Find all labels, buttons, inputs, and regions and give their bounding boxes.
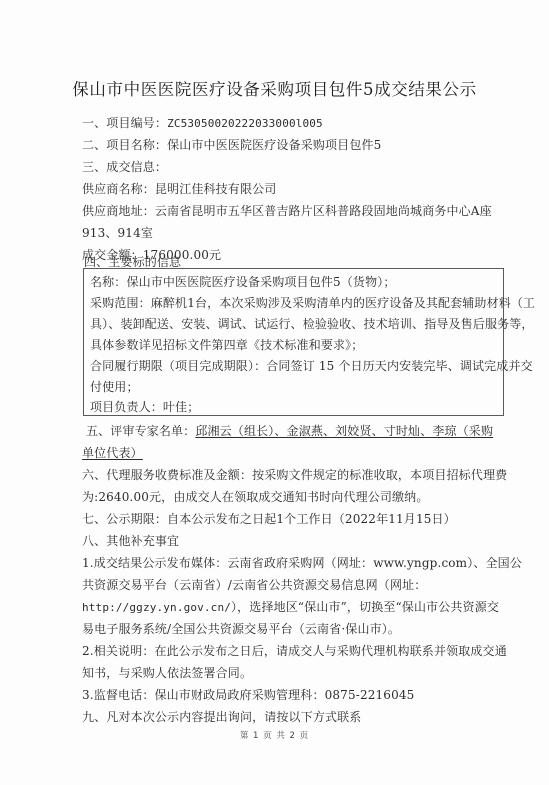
- project-number-row: 一、项目编号：ZC53050020222033000l005: [82, 116, 323, 131]
- media-line2: 共资源交易平台（云南省）/云南省公共资源交易信息网（网址：: [82, 578, 426, 592]
- main-subject-heading: 四、主要标的信息: [84, 255, 181, 269]
- supplier-address-label: 供应商地址：: [82, 204, 155, 218]
- supplier-name-label: 供应商名称：: [82, 182, 155, 196]
- media-line4: 易电子服务系统/全国公共资源交易平台（云南省·保山市）。: [82, 622, 400, 636]
- project-name-value: 保山市中医医院医疗设备采购项目包件5: [167, 138, 381, 152]
- subject-manager-line: 项目负责人：叶佳；: [90, 400, 199, 414]
- media-line1: 1.成交结果公示发布媒体：云南省政府采购网（网址：www.yngp.com）、全…: [82, 556, 522, 570]
- project-name-label: 二、项目名称：: [82, 138, 167, 152]
- subject-term-line1: 合同履行期限（项目完成期限）：合同签订 15 个日历天内安装完毕、调试完成并交: [90, 359, 533, 373]
- project-number-label: 一、项目编号：: [82, 116, 167, 130]
- note-line1: 2.相关说明：在此公示发布之日后，请成交人与采购代理机构联系并领取成交通: [82, 644, 507, 658]
- experts-list: 邱湘云（组长）、金淑燕、刘姣贤、寸时灿、李琼（采购: [195, 424, 493, 438]
- experts-label: 五、评审专家名单：: [86, 424, 195, 438]
- supplier-name-value: 昆明江佳科技有限公司: [155, 182, 277, 196]
- publicity-period: 七、公示期限：自本公示发布之日起1个工作日（2022年11月15日）: [82, 512, 456, 526]
- document-page: 保山市中医医院医疗设备采购项目包件5成交结果公示 一、项目编号：ZC530500…: [0, 0, 549, 785]
- note-line2: 知书，与采购人依法签署合同。: [82, 666, 252, 680]
- media-line3: http://ggzy.yn.gov.cn/），选择地区“保山市”，切换至“保山…: [82, 600, 499, 615]
- subject-name-line: 名称：保山市中医医院医疗设备采购项目包件5（货物）；: [90, 275, 396, 289]
- subject-scope-line1: 采购范围：麻醉机1台，本次采购涉及采购清单内的医疗设备及其配套辅助材料（工: [90, 296, 535, 310]
- document-title: 保山市中医医院医疗设备采购项目包件5成交结果公示: [0, 76, 549, 100]
- main-subject-box: 名称：保山市中医医院医疗设备采购项目包件5（货物）； 采购范围：麻醉机1台，本次…: [83, 268, 504, 416]
- page-indicator: 第 1 页 共 2 页: [0, 729, 549, 741]
- media-line3-rest: ），选择地区“保山市”，切换至“保山市公共资源交: [231, 600, 499, 614]
- project-number-value: ZC53050020222033000l005: [167, 117, 323, 130]
- supplier-address-row: 供应商地址：云南省昆明市五华区普吉路片区科普路段固地尚城商务中心A座: [82, 204, 492, 218]
- deal-info-heading: 三、成交信息：: [82, 160, 167, 174]
- supplier-address-line2: 913、914室: [82, 226, 153, 240]
- other-matters-heading: 八、其他补充事宜: [82, 534, 179, 548]
- supervision-phone: 3.监督电话：保山市财政局政府采购管理科：0875-2216045: [82, 688, 414, 702]
- subject-term-line2: 付使用；: [90, 380, 139, 394]
- agency-fee-line2: 为:2640.00元，由成交人在领取成交通知书时向代理公司缴纳。: [82, 490, 428, 504]
- inquiry-heading: 九、凡对本次公示内容提出询问，请按以下方式联系: [82, 710, 361, 724]
- experts-row: 五、评审专家名单：邱湘云（组长）、金淑燕、刘姣贤、寸时灿、李琼（采购: [86, 424, 493, 438]
- media-url-link[interactable]: http://ggzy.yn.gov.cn/: [82, 601, 231, 614]
- supplier-address-value: 云南省昆明市五华区普吉路片区科普路段固地尚城商务中心A座: [155, 204, 492, 218]
- agency-fee-line1: 六、代理服务收费标准及金额：按采购文件规定的标准收取，本项目招标代理费: [82, 468, 507, 482]
- supplier-name-row: 供应商名称：昆明江佳科技有限公司: [82, 182, 276, 196]
- subject-scope-line2: 具）、装卸配送、安装、调试、试运行、检验验收、技术培训、指导及售后服务等，: [90, 317, 534, 331]
- experts-list-line2: 单位代表）: [82, 446, 143, 460]
- project-name-row: 二、项目名称：保山市中医医院医疗设备采购项目包件5: [82, 138, 381, 152]
- subject-scope-line3: 具体参数详见招标文件第四章《技术标准和要求》；: [90, 338, 363, 352]
